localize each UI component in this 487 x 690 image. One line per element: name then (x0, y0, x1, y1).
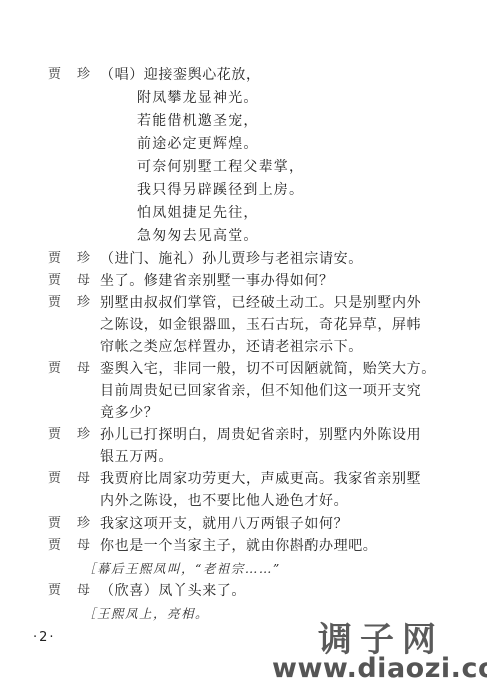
speaker-char: 母 (77, 358, 90, 380)
dialogue-continuation: 银五万两。 (100, 446, 173, 468)
speaker-char: 母 (77, 270, 90, 292)
dialogue-text: 别墅由叔叔们掌管，已经破土动工。只是别墅内外 (100, 292, 421, 314)
speaker-char: 母 (77, 535, 90, 557)
stage-direction: ［幕后王熙凤叫，“老祖宗……” (83, 558, 281, 580)
dialogue-text: 我贾府比周家功劳更大，声威更高。我家省亲别墅 (100, 468, 421, 490)
dialogue-text: 我家这项开支，就用八万两银子如何？ (100, 513, 348, 535)
stage-direction: ［王熙凤上，亮相。 (83, 603, 209, 625)
dialogue-text: 銮舆入宅，非同一般，切不可因陋就简，贻笑大方。 (100, 358, 436, 380)
speaker-char: 珍 (77, 292, 90, 314)
speaker-char: 贾 (48, 424, 61, 446)
verse-line: 前途必定更辉煌。 (137, 133, 259, 155)
dialogue-text: 坐了。修建省亲别墅一事办得如何？ (100, 270, 334, 292)
speaker-char: 贾 (48, 580, 61, 602)
dialogue-continuation: 内外之陈设，也不要比他人逊色才好。 (100, 490, 348, 512)
speaker-char: 贾 (48, 270, 61, 292)
speaker-char: 母 (77, 580, 90, 602)
dialogue-text: 孙儿已打探明白，周贵妃省亲时，别墅内外陈设用 (100, 424, 421, 446)
speaker-char: 贾 (48, 248, 61, 270)
speaker-char: 珍 (77, 424, 90, 446)
dialogue-text: （进门、施礼）孙儿贾珍与老祖宗请安。 (100, 248, 363, 270)
dialogue-continuation: 帘帐之类应怎样置办，还请老祖宗示下。 (100, 336, 363, 358)
verse-line: 我只得另辟蹊径到上房。 (137, 179, 304, 201)
speaker-char: 珍 (77, 248, 90, 270)
speaker-char: 贾 (48, 513, 61, 535)
speaker-char: 贾 (48, 358, 61, 380)
speaker-char: 贾 (48, 64, 61, 86)
dialogue-continuation: 之陈设，如金银器皿，玉石古玩，奇花异草，屏帏 (100, 314, 421, 336)
verse-line: 怕凤姐捷足先往， (137, 202, 259, 224)
page-number: ·2· (33, 630, 56, 645)
speaker-char: 母 (77, 468, 90, 490)
watermark-url: www.diaozi.com (272, 653, 487, 684)
speaker-char: 贾 (48, 292, 61, 314)
speaker-char: 珍 (77, 513, 90, 535)
speaker-char: 贾 (48, 535, 61, 557)
verse-line: 若能借机邀圣宠， (137, 110, 259, 132)
dialogue-text: （欣喜）凤丫头来了。 (100, 580, 246, 602)
verse-line: 急匆匆去见高堂。 (137, 225, 259, 247)
dialogue-continuation: 竟多少？ (100, 402, 158, 424)
speaker-char: 贾 (48, 468, 61, 490)
dialogue-text: 你也是一个当家主子，就由你斟酌办理吧。 (100, 535, 377, 557)
dialogue-text: （唱）迎接銮舆心花放， (100, 64, 261, 86)
speaker-char: 珍 (77, 64, 90, 86)
dialogue-continuation: 目前周贵妃已回家省亲，但不知他们这一项开支究 (100, 380, 421, 402)
verse-line: 附凤攀龙显神光。 (137, 87, 259, 109)
script-page: 贾珍（唱）迎接銮舆心花放，附凤攀龙显神光。若能借机邀圣宠，前途必定更辉煌。可奈何… (0, 0, 487, 690)
verse-line: 可奈何别墅工程父辈掌， (137, 156, 304, 178)
